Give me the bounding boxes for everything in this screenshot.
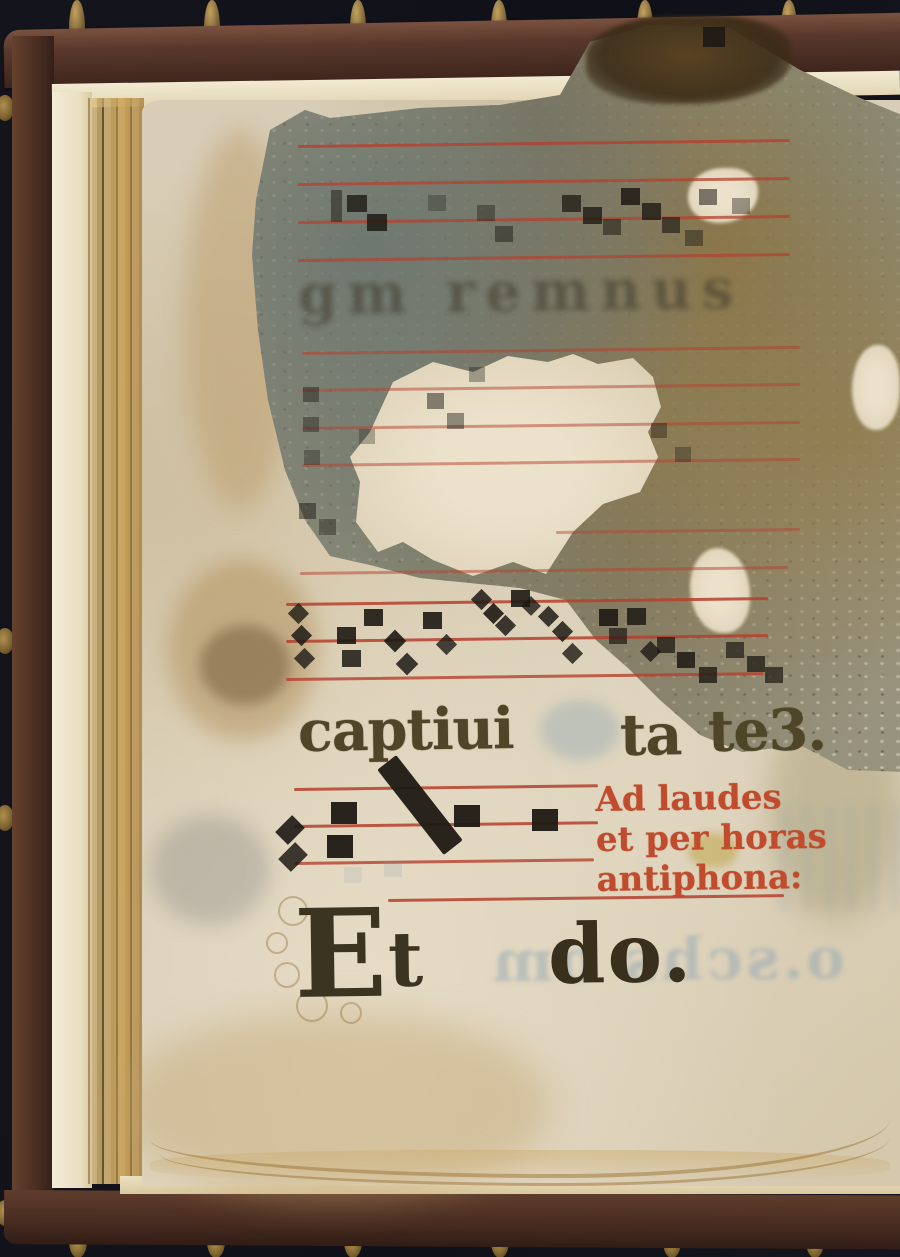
neume-square (303, 417, 319, 432)
red-staff-line (294, 784, 598, 791)
red-staff-line (302, 346, 800, 355)
penwork-flourish (266, 932, 288, 954)
neume-square (699, 189, 717, 205)
neume-square (699, 667, 717, 683)
neume-square (609, 628, 627, 644)
red-staff-line (556, 528, 800, 534)
neume-square (359, 429, 375, 444)
incipit-word: do. (547, 912, 693, 996)
neume-square (364, 609, 383, 626)
neume-square (327, 835, 353, 858)
neume-diamond (278, 842, 308, 872)
chant-text-word: ta (620, 701, 682, 769)
parchment-page: gm remnus o.schs om captiui ta te3. Ad l… (142, 100, 900, 1186)
red-staff-line (300, 566, 788, 575)
neume-square (337, 627, 356, 644)
neume-square (599, 609, 618, 626)
incipit-letter: t (387, 922, 423, 998)
manuscript-photo: gm remnus o.schs om captiui ta te3. Ad l… (0, 0, 900, 1257)
red-staff-line (298, 177, 790, 186)
red-staff-line (286, 672, 764, 681)
neume-square (469, 367, 485, 382)
neume-square (367, 214, 387, 231)
neume-square (495, 226, 513, 242)
neume-square (685, 230, 703, 246)
neume-square (726, 642, 744, 658)
chant-text-word: captiui (298, 695, 514, 765)
neume-square (454, 805, 480, 827)
neume-diamond (384, 630, 407, 653)
page-surface: gm remnus o.schs om captiui ta te3. Ad l… (0, 0, 900, 1257)
red-staff-line (298, 139, 790, 148)
neume-square (423, 612, 442, 629)
neume-square (583, 207, 602, 224)
neume-diamond (294, 648, 315, 669)
music-notation-layer (0, 0, 900, 1257)
neume-square (703, 27, 725, 47)
neume-square (428, 195, 446, 211)
neume-square (477, 205, 495, 221)
neume-diamond (396, 653, 419, 676)
red-staff-line (302, 383, 800, 392)
neume-square (603, 219, 621, 235)
neume-diamond (562, 643, 583, 664)
neume-square (427, 393, 444, 409)
neume-square (447, 413, 464, 429)
neume-square (662, 217, 680, 233)
neume-square (303, 387, 319, 402)
neume-square (319, 519, 336, 535)
neume-square (747, 656, 765, 672)
neume-diamond (538, 606, 559, 627)
rubric-line: et per horas (596, 817, 827, 860)
neume-diamond (288, 603, 309, 624)
decorated-initial-E: E (293, 892, 388, 1015)
rubric-line: antiphona: (596, 857, 827, 900)
neume-square (675, 447, 691, 462)
neume-square (732, 198, 750, 214)
neume-square (677, 652, 695, 668)
neume-diamond (291, 625, 312, 646)
neume-square (347, 195, 367, 212)
neume-diamond (275, 815, 305, 845)
neume-square (642, 203, 661, 220)
neume-square (627, 608, 646, 625)
neume-square (342, 650, 361, 667)
neume-square (331, 802, 357, 824)
neume-square (765, 667, 783, 683)
neume-square (657, 637, 675, 653)
chant-text-word: te3. (708, 696, 827, 765)
red-staff-line (298, 253, 790, 262)
neume-square (532, 809, 558, 831)
red-staff-line (286, 634, 768, 643)
neume-ghost (384, 861, 402, 877)
neume-square (651, 423, 667, 438)
rubric-line: Ad laudes (595, 777, 826, 820)
neume-square (299, 503, 316, 519)
neume-oblique (377, 755, 462, 855)
neume-square (621, 188, 640, 205)
neume-stem (331, 190, 342, 222)
red-staff-line (294, 858, 594, 865)
red-staff-line (302, 458, 800, 467)
red-staff-line (302, 421, 800, 430)
neume-square (304, 450, 320, 465)
rubric: Ad laudes et per horas antiphona: (595, 777, 827, 900)
neume-square (562, 195, 581, 212)
